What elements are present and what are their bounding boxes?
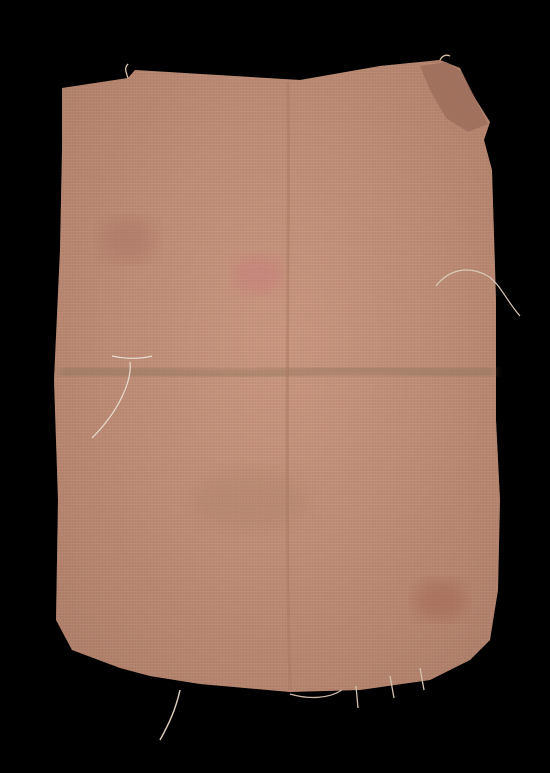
crease-stain <box>60 369 496 376</box>
photo-stage <box>0 0 550 773</box>
stain <box>234 257 282 293</box>
stain <box>100 218 156 262</box>
loose-thread <box>160 690 180 740</box>
stain <box>190 470 310 530</box>
textile-illustration <box>0 0 550 773</box>
stain <box>414 580 466 620</box>
